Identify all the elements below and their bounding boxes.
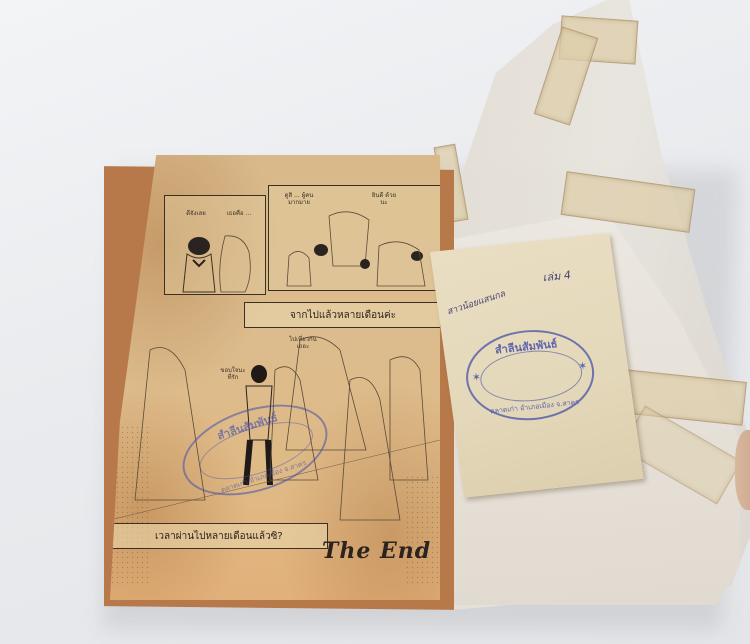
crowd-sketch: [269, 186, 440, 290]
card-volume-label: เล่ม 4: [541, 265, 572, 286]
star-icon: ✶: [577, 359, 588, 373]
comic-panel-1: ดีจังเลย เธอคือ ...: [164, 195, 266, 295]
comic-panel-2: ดูสิ ... ผู้คนมากมาย ยินดี ด้วยนะ: [268, 185, 440, 291]
caption-box-middle: จากไปแล้วหลายเดือนค่ะ: [244, 302, 440, 328]
star-icon: ✶: [471, 370, 482, 384]
caption-box-bottom: เวลาผ่านไปหลายเดือนแล้วซิ?: [110, 523, 328, 549]
character-sketch-man: [165, 196, 265, 294]
the-end-title: The End: [322, 538, 431, 564]
card-library-stamp: สำลีนสัมพันธ์ ตลาดเก่า อำเภอเมือง จ.สาคร…: [460, 324, 600, 427]
library-card: สาวน้อยแสนกล เล่ม 4 สำลีนสัมพันธ์ ตลาดเก…: [430, 233, 644, 497]
card-book-title: สาวน้อยแสนกล: [445, 286, 507, 318]
comic-page: ดีจังเลย เธอคือ ... ดูสิ ... ผู้คนมากมาย…: [110, 155, 440, 600]
hand-finger: [735, 430, 750, 510]
